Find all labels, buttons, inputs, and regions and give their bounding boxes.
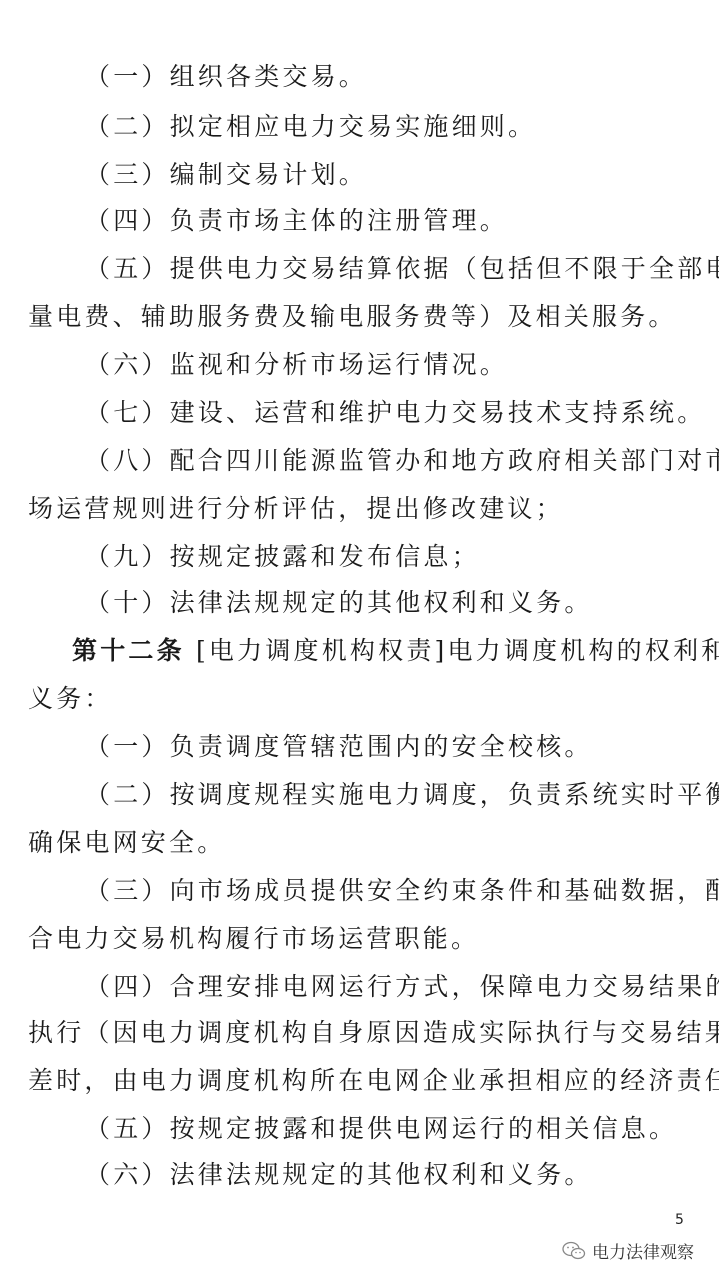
list-item: （三）向市场成员提供安全约束条件和基础数据，配 bbox=[85, 876, 719, 906]
paragraph-continuation: 确保电网安全。 bbox=[28, 828, 225, 858]
line-text: （六）法律法规规定的其他权利和义务。 bbox=[85, 1160, 593, 1189]
line-text: （七）建设、运营和维护电力交易技术支持系统。 bbox=[85, 398, 705, 427]
line-text: （四）合理安排电网运行方式，保障电力交易结果的 bbox=[85, 972, 719, 1001]
line-text: （十）法律法规规定的其他权利和义务。 bbox=[85, 588, 593, 617]
line-text: 确保电网安全。 bbox=[28, 828, 225, 857]
line-text: 义务： bbox=[28, 684, 113, 713]
paragraph-continuation: 合电力交易机构履行市场运营职能。 bbox=[28, 924, 479, 954]
list-item: （六）监视和分析市场运行情况。 bbox=[85, 350, 508, 380]
line-text: 量电费、辅助服务费及输电服务费等）及相关服务。 bbox=[28, 302, 677, 331]
page-number: 5 bbox=[675, 1212, 684, 1228]
list-item: （七）建设、运营和维护电力交易技术支持系统。 bbox=[85, 398, 705, 428]
line-text: 差时，由电力调度机构所在电网企业承担相应的经济责任）。 bbox=[28, 1066, 719, 1095]
article-number: 第十二条 bbox=[72, 636, 185, 665]
list-item: （九）按规定披露和发布信息； bbox=[85, 542, 480, 572]
paragraph-continuation: 场运营规则进行分析评估，提出修改建议； bbox=[28, 494, 564, 524]
list-item: （三）编制交易计划。 bbox=[85, 160, 367, 190]
list-item: （八）配合四川能源监管办和地方政府相关部门对市 bbox=[85, 446, 719, 476]
list-item: （二）拟定相应电力交易实施细则。 bbox=[85, 112, 536, 142]
line-text: （六）监视和分析市场运行情况。 bbox=[85, 350, 508, 379]
paragraph-continuation: 义务： bbox=[28, 684, 113, 714]
list-item: （十）法律法规规定的其他权利和义务。 bbox=[85, 588, 593, 618]
article-heading: 第十二条 [电力调度机构权责]电力调度机构的权利和 bbox=[72, 636, 719, 666]
watermark-text: 电力法律观察 bbox=[592, 1238, 694, 1263]
list-item: （四）合理安排电网运行方式，保障电力交易结果的 bbox=[85, 972, 719, 1002]
paragraph-continuation: 执行（因电力调度机构自身原因造成实际执行与交易结果偏 bbox=[28, 1018, 719, 1048]
line-text: （四）负责市场主体的注册管理。 bbox=[85, 206, 508, 235]
line-text: （五）按规定披露和提供电网运行的相关信息。 bbox=[85, 1114, 677, 1143]
line-text: （三）编制交易计划。 bbox=[85, 160, 367, 189]
line-text: （一）组织各类交易。 bbox=[85, 62, 367, 91]
line-text: （八）配合四川能源监管办和地方政府相关部门对市 bbox=[85, 446, 719, 475]
list-item: （四）负责市场主体的注册管理。 bbox=[85, 206, 508, 236]
line-text: 场运营规则进行分析评估，提出修改建议； bbox=[28, 494, 564, 523]
wechat-icon bbox=[562, 1241, 586, 1261]
line-text: [电力调度机构权责]电力调度机构的权利和 bbox=[185, 636, 719, 665]
line-text: 执行（因电力调度机构自身原因造成实际执行与交易结果偏 bbox=[28, 1018, 719, 1047]
list-item: （二）按调度规程实施电力调度，负责系统实时平衡， bbox=[85, 780, 719, 810]
line-text: （二）按调度规程实施电力调度，负责系统实时平衡， bbox=[85, 780, 719, 809]
watermark: 电力法律观察 bbox=[562, 1238, 694, 1263]
list-item: （五）提供电力交易结算依据（包括但不限于全部电 bbox=[85, 254, 719, 284]
list-item: （一）组织各类交易。 bbox=[85, 62, 367, 92]
list-item: （一）负责调度管辖范围内的安全校核。 bbox=[85, 732, 593, 762]
line-text: （五）提供电力交易结算依据（包括但不限于全部电 bbox=[85, 254, 719, 283]
list-item: （五）按规定披露和提供电网运行的相关信息。 bbox=[85, 1114, 677, 1144]
paragraph-continuation: 差时，由电力调度机构所在电网企业承担相应的经济责任）。 bbox=[28, 1066, 719, 1096]
paragraph-continuation: 量电费、辅助服务费及输电服务费等）及相关服务。 bbox=[28, 302, 677, 332]
line-text: （九）按规定披露和发布信息； bbox=[85, 542, 480, 571]
line-text: （二）拟定相应电力交易实施细则。 bbox=[85, 112, 536, 141]
line-text: 合电力交易机构履行市场运营职能。 bbox=[28, 924, 479, 953]
line-text: （一）负责调度管辖范围内的安全校核。 bbox=[85, 732, 593, 761]
list-item: （六）法律法规规定的其他权利和义务。 bbox=[85, 1160, 593, 1190]
line-text: （三）向市场成员提供安全约束条件和基础数据，配 bbox=[85, 876, 719, 905]
